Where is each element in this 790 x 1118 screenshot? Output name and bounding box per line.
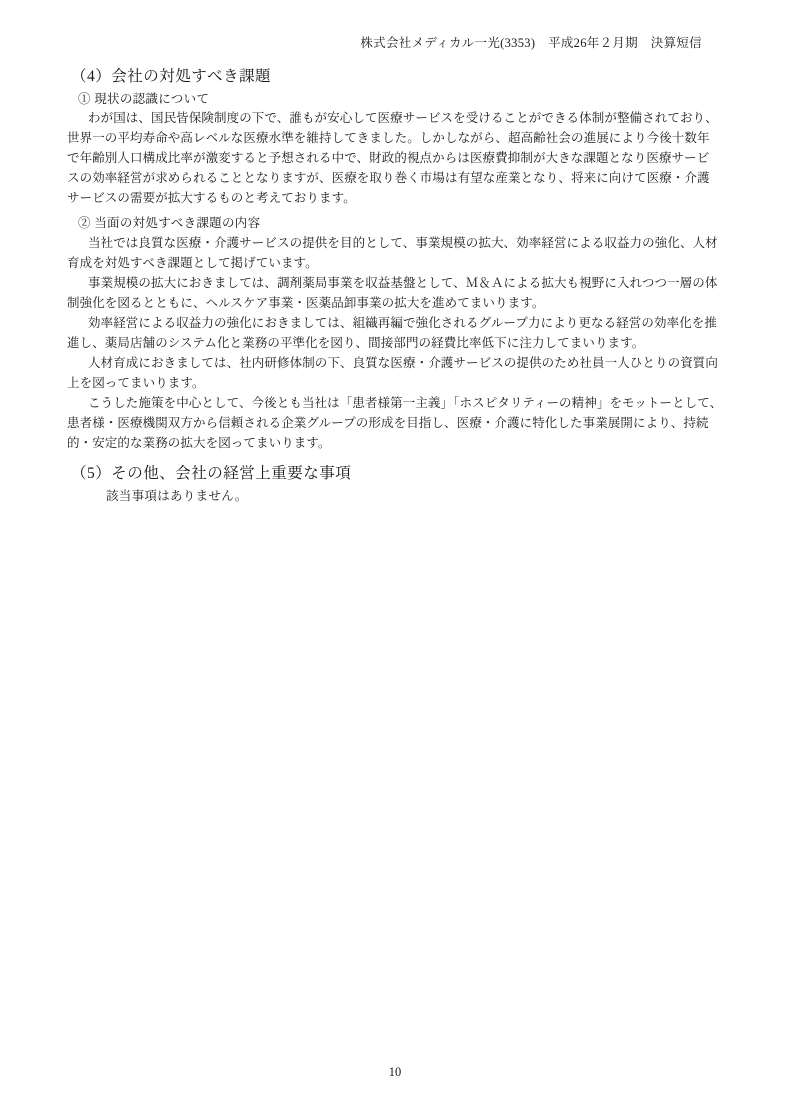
document-page: 株式会社メディカル一光(3353) 平成26年２月期 決算短信 （4）会社の対処…	[0, 0, 790, 1118]
page-number: 10	[0, 1065, 790, 1080]
document-header: 株式会社メディカル一光(3353) 平成26年２月期 決算短信	[0, 33, 702, 51]
section-5-note: 該当事項はありません。	[106, 486, 248, 504]
text-line: 事業規模の拡大におきましては、調剤薬局事業を収益基盤として、Ｍ＆Ａによる拡大も視…	[67, 273, 717, 293]
section-5-heading: （5）その他、会社の経営上重要な事項	[71, 461, 351, 483]
text-line: 人材育成におきましては、社内研修体制の下、良質な医療・介護サービスの提供のため社…	[67, 353, 717, 373]
text-line: 当社では良質な医療・介護サービスの提供を目的として、事業規模の拡大、効率経営によ…	[67, 233, 717, 253]
text-line: 的・安定的な業務の拡大を図ってまいります。	[67, 433, 717, 453]
text-line: サービスの需要が拡大するものと考えております。	[67, 188, 717, 208]
text-line: わが国は、国民皆保険制度の下で、誰もが安心して医療サービスを受けることができる体…	[67, 108, 717, 128]
text-line: 進し、薬局店舗のシステム化と業務の平準化を図り、間接部門の経費比率低下に注力して…	[67, 333, 717, 353]
subsection-2-body: 当社では良質な医療・介護サービスの提供を目的として、事業規模の拡大、効率経営によ…	[67, 233, 717, 453]
text-line: で年齢別人口構成比率が激変すると予想される中で、財政的視点からは医療費抑制が大き…	[67, 148, 717, 168]
text-line: 育成を対処すべき課題として掲げています。	[67, 253, 717, 273]
section-4-heading: （4）会社の対処すべき課題	[71, 64, 271, 86]
paragraph: わが国は、国民皆保険制度の下で、誰もが安心して医療サービスを受けることができる体…	[67, 108, 717, 208]
subsection-1-body: わが国は、国民皆保険制度の下で、誰もが安心して医療サービスを受けることができる体…	[67, 108, 717, 208]
text-line: 効率経営による収益力の強化におきましては、組織再編で強化されるグループ力により更…	[67, 313, 717, 333]
paragraph: こうした施策を中心として、今後とも当社は「患者様第一主義」「ホスピタリティーの精…	[67, 393, 717, 453]
paragraph: 当社では良質な医療・介護サービスの提供を目的として、事業規模の拡大、効率経営によ…	[67, 233, 717, 273]
text-line: スの効率経営が求められることとなりますが、医療を取り巻く市場は有望な産業となり、…	[67, 168, 717, 188]
text-line: 上を図ってまいります。	[67, 373, 717, 393]
text-line: 患者様・医療機関双方から信頼される企業グループの形成を目指し、医療・介護に特化し…	[67, 413, 717, 433]
text-line: 世界一の平均寿命や高レベルな医療水準を維持してきました。しかしながら、超高齢社会…	[67, 128, 717, 148]
paragraph: 効率経営による収益力の強化におきましては、組織再編で強化されるグループ力により更…	[67, 313, 717, 353]
paragraph: 事業規模の拡大におきましては、調剤薬局事業を収益基盤として、Ｍ＆Ａによる拡大も視…	[67, 273, 717, 313]
paragraph: 人材育成におきましては、社内研修体制の下、良質な医療・介護サービスの提供のため社…	[67, 353, 717, 393]
text-line: 制強化を図るとともに、ヘルスケア事業・医薬品卸事業の拡大を進めてまいります。	[67, 293, 717, 313]
text-line: こうした施策を中心として、今後とも当社は「患者様第一主義」「ホスピタリティーの精…	[67, 393, 717, 413]
subsection-2-heading: ② 当面の対処すべき課題の内容	[78, 213, 260, 231]
subsection-1-heading: ① 現状の認識について	[78, 89, 209, 107]
